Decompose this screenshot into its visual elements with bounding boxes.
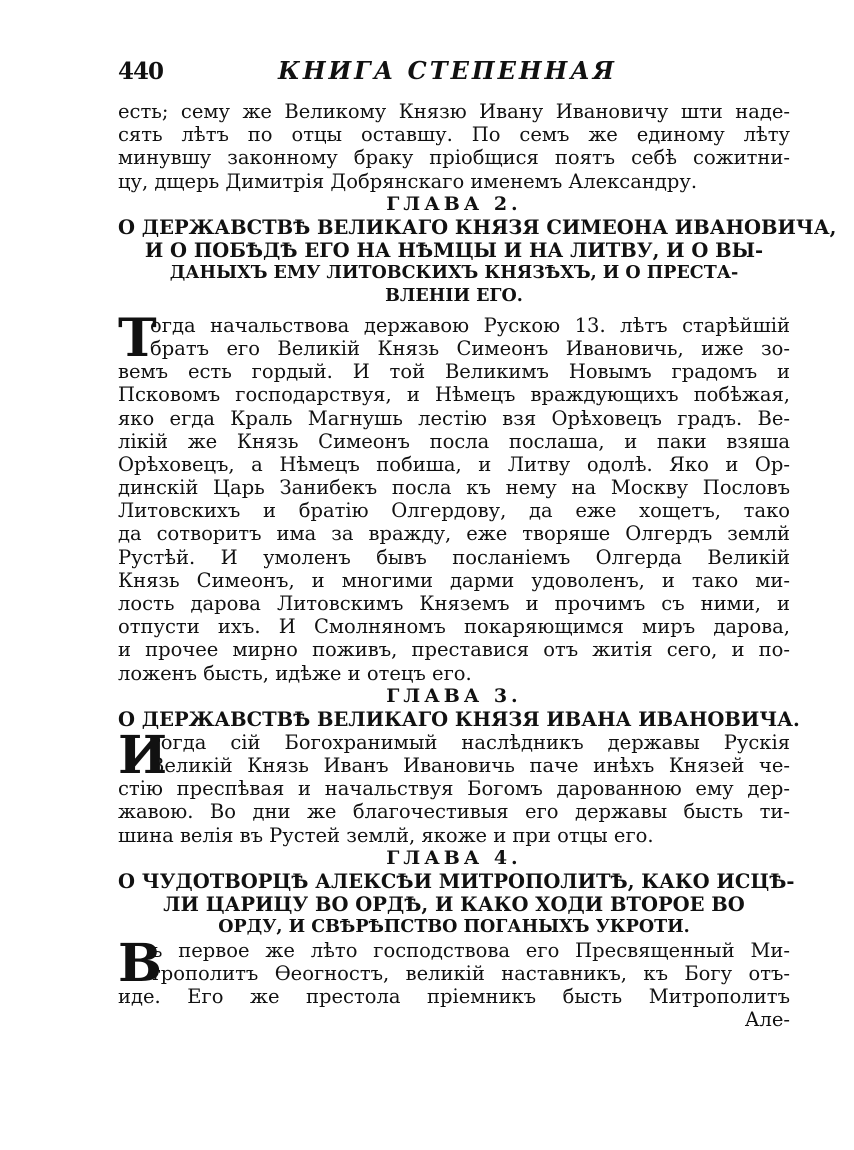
book-page: 440 КНИГА СТЕПЕННАЯ есть; сему же Велико…: [0, 0, 854, 1150]
text-line: жавою. Во дни же благочестивыя его держа…: [118, 800, 790, 823]
drop-cap: Т: [118, 316, 157, 362]
chapter-3: ГЛАВА 3. О ДЕРЖАВСТВѢ ВЕЛИКАГО КНЯЗЯ ИВА…: [118, 685, 790, 847]
chapter-title-line: О ДЕРЖАВСТВѢ ВЕЛИКАГО КНЯЗЯ ИВАНА ИВАНОВ…: [118, 708, 790, 731]
text-line: вемъ есть гордый. И той Великимъ Новымъ …: [118, 360, 790, 383]
chapter-paragraph: И тогда сій Богохранимый наслѣдникъ держ…: [118, 731, 790, 847]
chapter-title-line: ЛИ ЦАРИЦУ ВО ОРДѢ, И КАКО ХОДИ ВТОРОЕ ВО: [118, 893, 790, 916]
text-line: ложенъ бысть, идѣже и отецъ его.: [118, 662, 790, 685]
text-line: Рустѣй. И умоленъ бывъ посланіемъ Олгерд…: [118, 546, 790, 569]
text-line: трополитъ Ѳеогностъ, великій наставникъ,…: [118, 962, 790, 985]
text-line: лікій же Князь Симеонъ посла послаша, и …: [118, 430, 790, 453]
text-line: динскій Царь Занибекъ посла къ нему на М…: [118, 476, 790, 499]
text-line: огда начальствова державою Рускою 13. лѣ…: [118, 314, 790, 337]
chapter-title-line: И О ПОБѢДѢ ЕГО НА НѢМЦЫ И НА ЛИТВУ, И О …: [118, 239, 790, 262]
chapter-title-line: ДАНЫХЪ ЕМУ ЛИТОВСКИХЪ КНЯЗѢХЪ, И О ПРЕСТ…: [118, 262, 790, 285]
text-line: тогда сій Богохранимый наслѣдникъ держав…: [118, 731, 790, 754]
text-line: стію преспѣвая и начальствуя Богомъ даро…: [118, 777, 790, 800]
chapter-heading: ГЛАВА 2.: [118, 193, 790, 216]
text-line: Орѣховецъ, а Нѣмецъ побиша, и Литву одол…: [118, 453, 790, 476]
text-line: минувшу законному браку пріобщися поятъ …: [118, 146, 790, 169]
chapter-title-line: ВЛЕНІИ ЕГО.: [118, 285, 790, 308]
chapter-2: ГЛАВА 2. О ДЕРЖАВСТВѢ ВЕЛИКАГО КНЯЗЯ СИМ…: [118, 193, 790, 685]
text-line: есть; сему же Великому Князю Ивану Ивано…: [118, 100, 790, 123]
intro-paragraph: есть; сему же Великому Князю Ивану Ивано…: [118, 100, 790, 193]
text-line: Литовскихъ и братію Олгердову, да еже хо…: [118, 499, 790, 522]
chapter-heading: ГЛАВА 4.: [118, 847, 790, 870]
running-head: 440 КНИГА СТЕПЕННАЯ: [118, 56, 758, 90]
chapter-title-line: ОРДУ, И СВѢРѢПСТВО ПОГАНЫХЪ УКРОТИ.: [118, 916, 790, 939]
text-line: ъ первое же лѣто господствова его Пресвя…: [118, 939, 790, 962]
text-line: Великій Князь Иванъ Ивановичь паче инѣхъ…: [118, 754, 790, 777]
text-line: да сотворитъ има за вражду, еже творяше …: [118, 522, 790, 545]
text-line: и прочее мирно поживъ, преставися отъ жи…: [118, 638, 790, 661]
drop-cap: В: [118, 941, 162, 987]
chapter-paragraph: Т огда начальствова державою Рускою 13. …: [118, 314, 790, 685]
drop-cap: И: [118, 733, 167, 779]
text-block: есть; сему же Великому Князю Ивану Ивано…: [118, 100, 790, 1031]
text-line: братъ его Великій Князь Симеонъ Иванович…: [118, 337, 790, 360]
book-title: КНИГА СТЕПЕННАЯ: [278, 56, 617, 85]
chapter-title-line: О ДЕРЖАВСТВѢ ВЕЛИКАГО КНЯЗЯ СИМЕОНА ИВАН…: [118, 216, 790, 239]
text-line: Псковомъ господарствуя, и Нѣмецъ враждую…: [118, 383, 790, 406]
text-line: яко егда Краль Магнушь лестію взя Орѣхов…: [118, 407, 790, 430]
text-line: сять лѣтъ по отцы оставшу. По семъ же ед…: [118, 123, 790, 146]
text-line: отпусти ихъ. И Смолняномъ покаряющимся м…: [118, 615, 790, 638]
chapter-4: ГЛАВА 4. О ЧУДОТВОРЦѢ АЛЕКСѢИ МИТРОПОЛИТ…: [118, 847, 790, 1032]
text-line: цу, дщерь Димитрія Добрянскаго именемъ А…: [118, 170, 790, 193]
chapter-title-line: О ЧУДОТВОРЦѢ АЛЕКСѢИ МИТРОПОЛИТѢ, КАКО И…: [118, 870, 790, 893]
catchword: Але-: [118, 1008, 790, 1031]
chapter-heading: ГЛАВА 3.: [118, 685, 790, 708]
text-line: иде. Его же престола пріемникъ бысть Мит…: [118, 985, 790, 1008]
chapter-paragraph: В ъ первое же лѣто господствова его Прес…: [118, 939, 790, 1032]
text-line: лость дарова Литовскимъ Княземъ и прочим…: [118, 592, 790, 615]
page-number: 440: [118, 58, 163, 85]
text-line: Князь Симеонъ, и многими дарми удоволенъ…: [118, 569, 790, 592]
text-line: шина велія въ Рустей землй, якоже и при …: [118, 824, 790, 847]
